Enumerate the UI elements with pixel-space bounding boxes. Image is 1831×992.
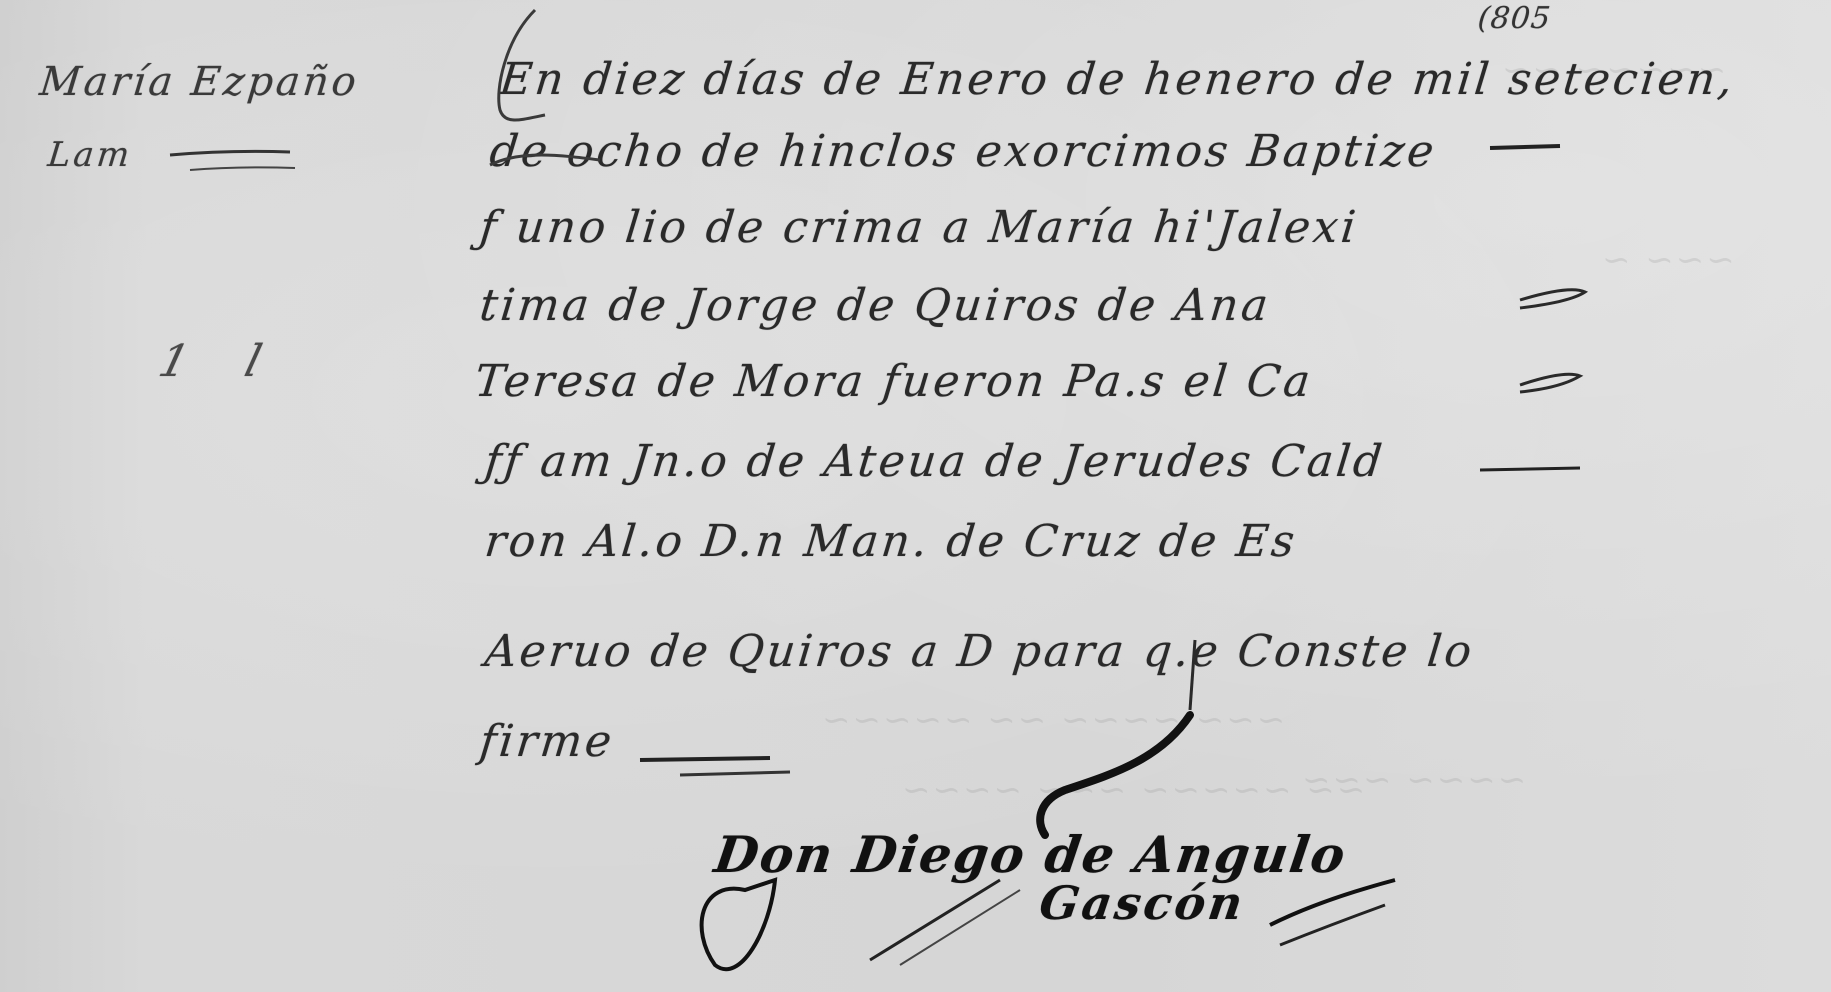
record-line-7: ron Al.o D.n Man. de Cruz de Es [483,520,1300,564]
bleed-through-text: ~~ ~~~~~ ~~~ ~~~~ [900,770,1365,810]
margin-name-line-2: Lam [46,138,134,172]
folio-number: (805 [1476,4,1552,34]
margin-note: 1 l [155,340,288,384]
record-line-8: Aeruo de Quiros a D para q.e Conste lo [483,630,1477,674]
signature-surname: Gascón [1037,880,1249,926]
record-line-1: En diez días de Enero de henero de mil s… [498,58,1738,102]
manuscript-page: ~~~ ~~~~ ~~ ~~~~~ ~~ ~~~~~ ~~~ ~~~~ ~~~~… [0,0,1831,992]
bleed-through-text: ~~~~ ~~~ [1300,760,1526,800]
record-line-6: ƒƒ am Jn.o de Ateua de Jerudes Cald [483,440,1387,484]
record-line-9: firme [478,720,617,764]
record-line-4: tima de Jorge de Quiros de Ana [478,284,1273,328]
record-line-3: ƒ uno lio de crima a María hi'Jalexi [478,206,1361,250]
signature-name: Don Diego de Angulo [711,830,1349,880]
record-line-2: de ocho de hinclos exorcimos Baptize [488,130,1439,174]
bleed-through-text: ~~~ ~ [1600,240,1735,280]
margin-name-line-1: María Ezpaño [38,62,361,102]
record-line-5: Teresa de Mora fueron Pa.s el Ca [473,360,1315,404]
bleed-through-text: ~~~ ~~~~ ~~ ~~~~~ [820,700,1285,740]
